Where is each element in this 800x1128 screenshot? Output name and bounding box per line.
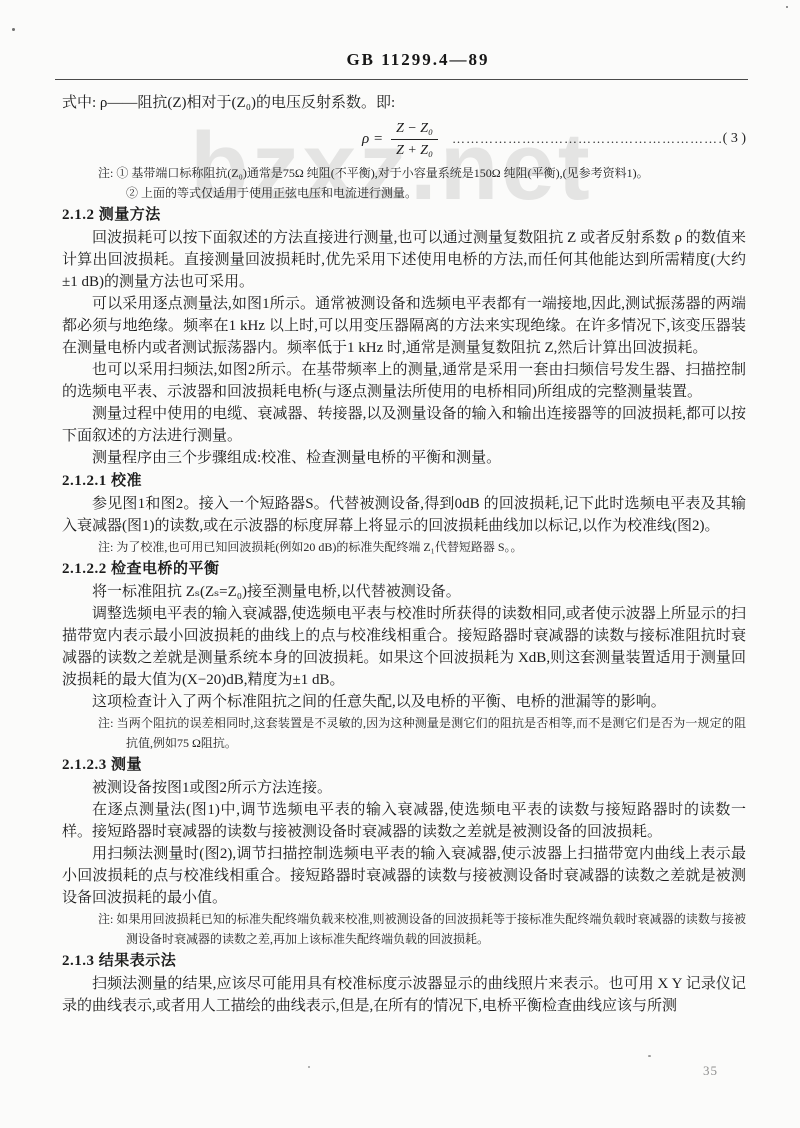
calibration-note: 注: 为了校准,也可用已知回波损耗(例如20 dB)的标准失配终端 Z₁代替短路… xyxy=(98,537,746,557)
paragraph: 扫频法测量的结果,应该尽可能用具有校准标度示波器显示的曲线照片来表示。也可用 X… xyxy=(62,973,746,1017)
section-heading-2-1-2-2: 2.1.2.2 检查电桥的平衡 xyxy=(62,558,746,580)
paragraph: 回波损耗可以按下面叙述的方法直接进行测量,也可以通过测量复数阻抗 Z 或者反射系… xyxy=(62,227,746,293)
paragraph: 这项检查计入了两个标准阻抗之间的任意失配,以及电桥的平衡、电桥的泄漏等的影响。 xyxy=(62,691,746,713)
standard-number: GB 11299.4—89 xyxy=(18,0,800,70)
scan-speckle xyxy=(786,6,788,8)
paragraph: 测量程序由三个步骤组成:校准、检查测量电桥的平衡和测量。 xyxy=(62,447,746,469)
formula-intro: 式中: ρ——阻抗(Z)相对于(Z₀)的电压反射系数。即: xyxy=(62,92,746,114)
formula-equation-number: ( 3 ) xyxy=(723,128,746,150)
section-heading-2-1-3: 2.1.3 结果表示法 xyxy=(62,950,746,972)
measurement-note: 注: 如果用回波损耗已知的标准失配终端负载来校准,则被测设备的回波损耗等于接标准… xyxy=(98,909,746,949)
section-heading-2-1-2-1: 2.1.2.1 校准 xyxy=(62,470,746,492)
formula-note: 注: ① 基带端口标称阻抗(Z₀)通常是75Ω 纯阻(不平衡),对于小容量系统是… xyxy=(98,163,746,203)
paragraph: 也可以采用扫频法,如图2所示。在基带频率上的测量,通常是采用一套由扫频信号发生器… xyxy=(62,359,746,403)
paragraph: 被测设备按图1或图2所示方法连接。 xyxy=(62,777,746,799)
paragraph: 测量过程中使用的电缆、衰减器、转接器,以及测量设备的输入和输出连接器等的回波损耗… xyxy=(62,403,746,447)
page-number: 35 xyxy=(703,1063,718,1079)
formula-leader-dots: ……………………………………………………………… xyxy=(438,128,723,150)
document-body: 式中: ρ——阻抗(Z)相对于(Z₀)的电压反射系数。即: ρ = Z − Z₀… xyxy=(62,92,746,1017)
paragraph: 可以采用逐点测量法,如图1所示。通常被测设备和选频电平表都有一端接地,因此,测试… xyxy=(62,293,746,359)
formula-denominator: Z + Z₀ xyxy=(391,140,438,160)
section-heading-2-1-2: 2.1.2 测量方法 xyxy=(62,204,746,226)
formula-fraction: Z − Z₀ Z + Z₀ xyxy=(391,119,438,160)
return-loss-formula: ρ = Z − Z₀ Z + Z₀ …………………………………………………………… xyxy=(62,117,746,161)
scan-speckle xyxy=(12,28,15,31)
note-line-1: 注: ① 基带端口标称阻抗(Z₀)通常是75Ω 纯阻(不平衡),对于小容量系统是… xyxy=(98,163,746,183)
scan-speckle xyxy=(648,1055,651,1057)
note-line-2: ② 上面的等式仅适用于使用正弦电压和电流进行测量。 xyxy=(126,183,746,203)
paragraph: 将一标准阻抗 Zₛ(Zₛ=Z₀)接至测量电桥,以代替被测设备。 xyxy=(62,581,746,603)
paragraph: 参见图1和图2。接入一个短路器S。代替被测设备,得到0dB 的回波损耗,记下此时… xyxy=(62,493,746,537)
header-rule xyxy=(55,79,748,80)
paragraph: 在逐点测量法(图1)中,调节选频电平表的输入衰减器,使选频电平表的读数与接短路器… xyxy=(62,799,746,843)
balance-check-note: 注: 当两个阻抗的误差相同时,这套装置是不灵敏的,因为这种测量是测它们的阻抗是否… xyxy=(98,713,746,753)
paragraph: 用扫频法测量时(图2),调节扫描控制选频电平表的输入衰减器,使示波器上扫描带宽内… xyxy=(62,843,746,909)
formula-numerator: Z − Z₀ xyxy=(391,119,438,140)
section-heading-2-1-2-3: 2.1.2.3 测量 xyxy=(62,754,746,776)
formula-lhs: ρ = xyxy=(362,128,383,150)
scanned-document-page: bzxz.net GB 11299.4—89 式中: ρ——阻抗(Z)相对于(Z… xyxy=(0,0,800,1128)
paragraph: 调整选频电平表的输入衰减器,使选频电平表与校准时所获得的读数相同,或者使示波器上… xyxy=(62,603,746,691)
scan-speckle xyxy=(308,1066,310,1068)
